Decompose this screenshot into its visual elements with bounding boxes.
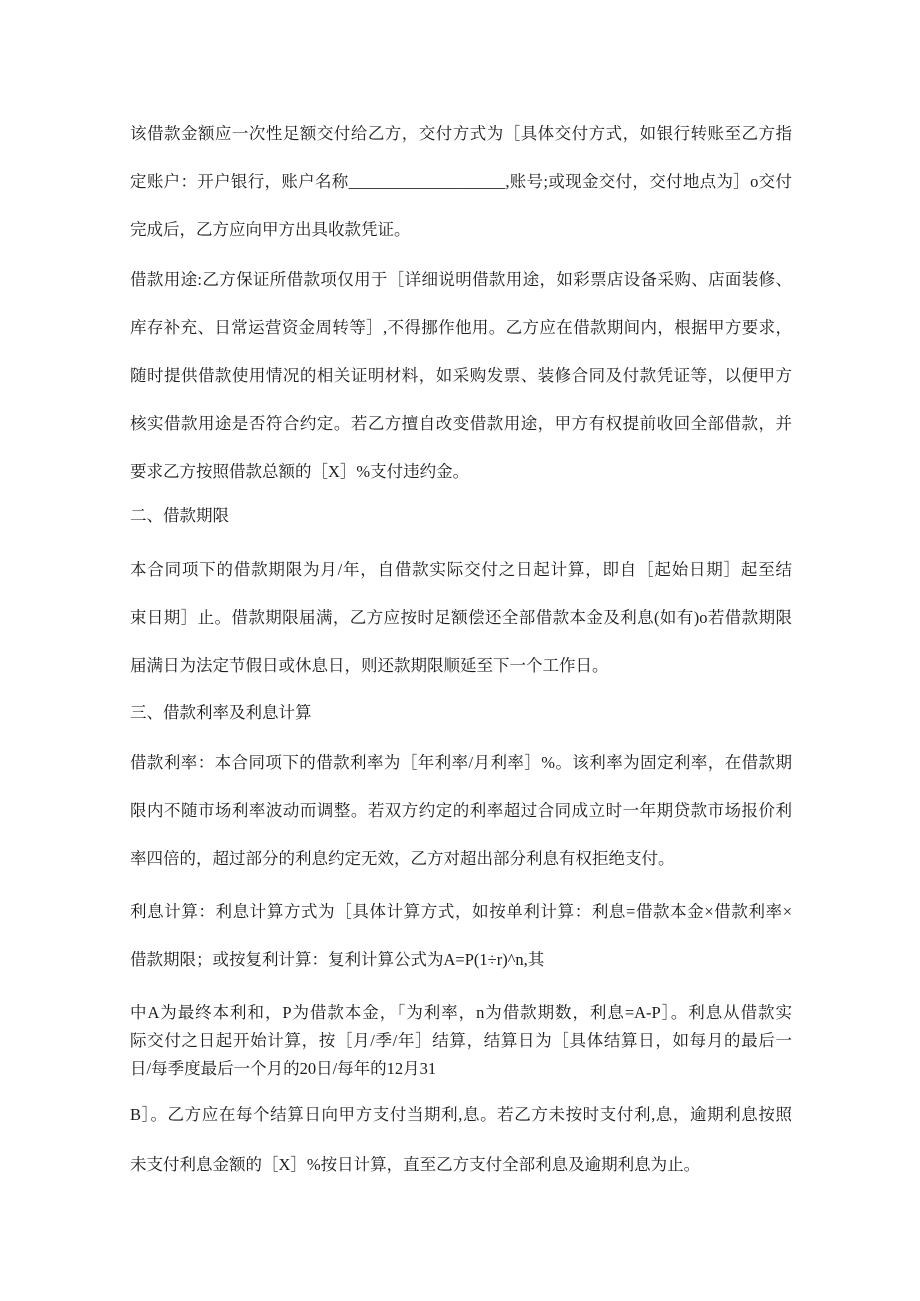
paragraph-interest-calculation: 利息计算：利息计算方式为［具体计算方式，如按单利计算：利息=借款本金×借款利率×… bbox=[130, 888, 792, 984]
text-line: 要求乙方按照借款总额的［X］%支付违约金。 bbox=[130, 448, 792, 496]
text-line: 随时提供借款使用情况的相关证明材料，如采购发票、装修合同及付款凭证等，以便甲方 bbox=[130, 352, 792, 400]
paragraph-loan-term: 本合同项下的借款期限为月/年，自借款实际交付之日起计算，即自［起始日期］起至结 … bbox=[130, 546, 792, 690]
text-line: 本合同项下的借款期限为月/年，自借款实际交付之日起计算，即自［起始日期］起至结 bbox=[130, 546, 792, 594]
paragraph-formula-details: 中A为最终本利和，P为借款本金，「为利率，n为借款期数，利息=A-P］。利息从借… bbox=[130, 999, 792, 1083]
document-page: 该借款金额应一次性足额交付给乙方，交付方式为［具体交付方式，如银行转账至乙方指 … bbox=[0, 0, 920, 1301]
text-line: 中A为最终本利和，P为借款本金，「为利率，n为借款期数，利息=A-P］。利息从借… bbox=[130, 999, 792, 1027]
text-line: 借款期限；或按复利计算：复利计算公式为A=P(1÷r)^n,其 bbox=[130, 936, 792, 984]
text-line: 定账户：开户银行，账户名称___________________,账号;或现金交… bbox=[130, 158, 792, 206]
text-line: 完成后，乙方应向甲方出具收款凭证。 bbox=[130, 206, 792, 254]
text-line: 利息计算：利息计算方式为［具体计算方式，如按单利计算：利息=借款本金×借款利率× bbox=[130, 888, 792, 936]
heading-interest-rate: 三、借款利率及利息计算 bbox=[130, 689, 792, 737]
text-line: 该借款金额应一次性足额交付给乙方，交付方式为［具体交付方式，如银行转账至乙方指 bbox=[130, 110, 792, 158]
text-line: 核实借款用途是否符合约定。若乙方擅自改变借款用途，甲方有权提前收回全部借款，并 bbox=[130, 400, 792, 448]
paragraph-loan-delivery: 该借款金额应一次性足额交付给乙方，交付方式为［具体交付方式，如银行转账至乙方指 … bbox=[130, 110, 792, 254]
text-line: 库存补充、日常运营资金周转等］,不得挪作他用。乙方应在借款期间内，根据甲方要求， bbox=[130, 304, 792, 352]
text-line: B］。乙方应在每个结算日向甲方支付当期利,息。若乙方未按时支付利,息，逾期利息按… bbox=[130, 1090, 792, 1140]
paragraph-overdue-interest: B］。乙方应在每个结算日向甲方支付当期利,息。若乙方未按时支付利,息，逾期利息按… bbox=[130, 1090, 792, 1190]
text-line: 借款用途:乙方保证所借款项仅用于［详细说明借款用途，如彩票店设备采购、店面装修、 bbox=[130, 256, 792, 304]
paragraph-loan-purpose: 借款用途:乙方保证所借款项仅用于［详细说明借款用途，如彩票店设备采购、店面装修、… bbox=[130, 256, 792, 496]
text-line: 未支付利息金额的［X］%按日计算，直至乙方支付全部利息及逾期利息为止。 bbox=[130, 1140, 792, 1190]
text-line: 束日期］止。借款期限届满，乙方应按时足额偿还全部借款本金及利息(如有)o若借款期… bbox=[130, 594, 792, 642]
text-line: 借款利率：本合同项下的借款利率为［年利率/月利率］%。该利率为固定利率，在借款期 bbox=[130, 739, 792, 787]
text-line: 届满日为法定节假日或休息日，则还款期限顺延至下一个工作日。 bbox=[130, 642, 792, 690]
text-line: 日/每季度最后一个月的20日/每年的12月31 bbox=[130, 1055, 792, 1083]
heading-loan-term: 二、借款期限 bbox=[130, 492, 792, 540]
heading-text: 二、借款期限 bbox=[130, 492, 792, 540]
text-line: 率四倍的，超过部分的利息约定无效，乙方对超出部分利息有权拒绝支付。 bbox=[130, 835, 792, 883]
heading-text: 三、借款利率及利息计算 bbox=[130, 689, 792, 737]
text-line: 际交付之日起开始计算，按［月/季/年］结算，结算日为［具体结算日，如每月的最后一 bbox=[130, 1027, 792, 1055]
text-line: 限内不随市场利率波动而调整。若双方约定的利率超过合同成立时一年期贷款市场报价利 bbox=[130, 787, 792, 835]
paragraph-interest-rate: 借款利率：本合同项下的借款利率为［年利率/月利率］%。该利率为固定利率，在借款期… bbox=[130, 739, 792, 883]
